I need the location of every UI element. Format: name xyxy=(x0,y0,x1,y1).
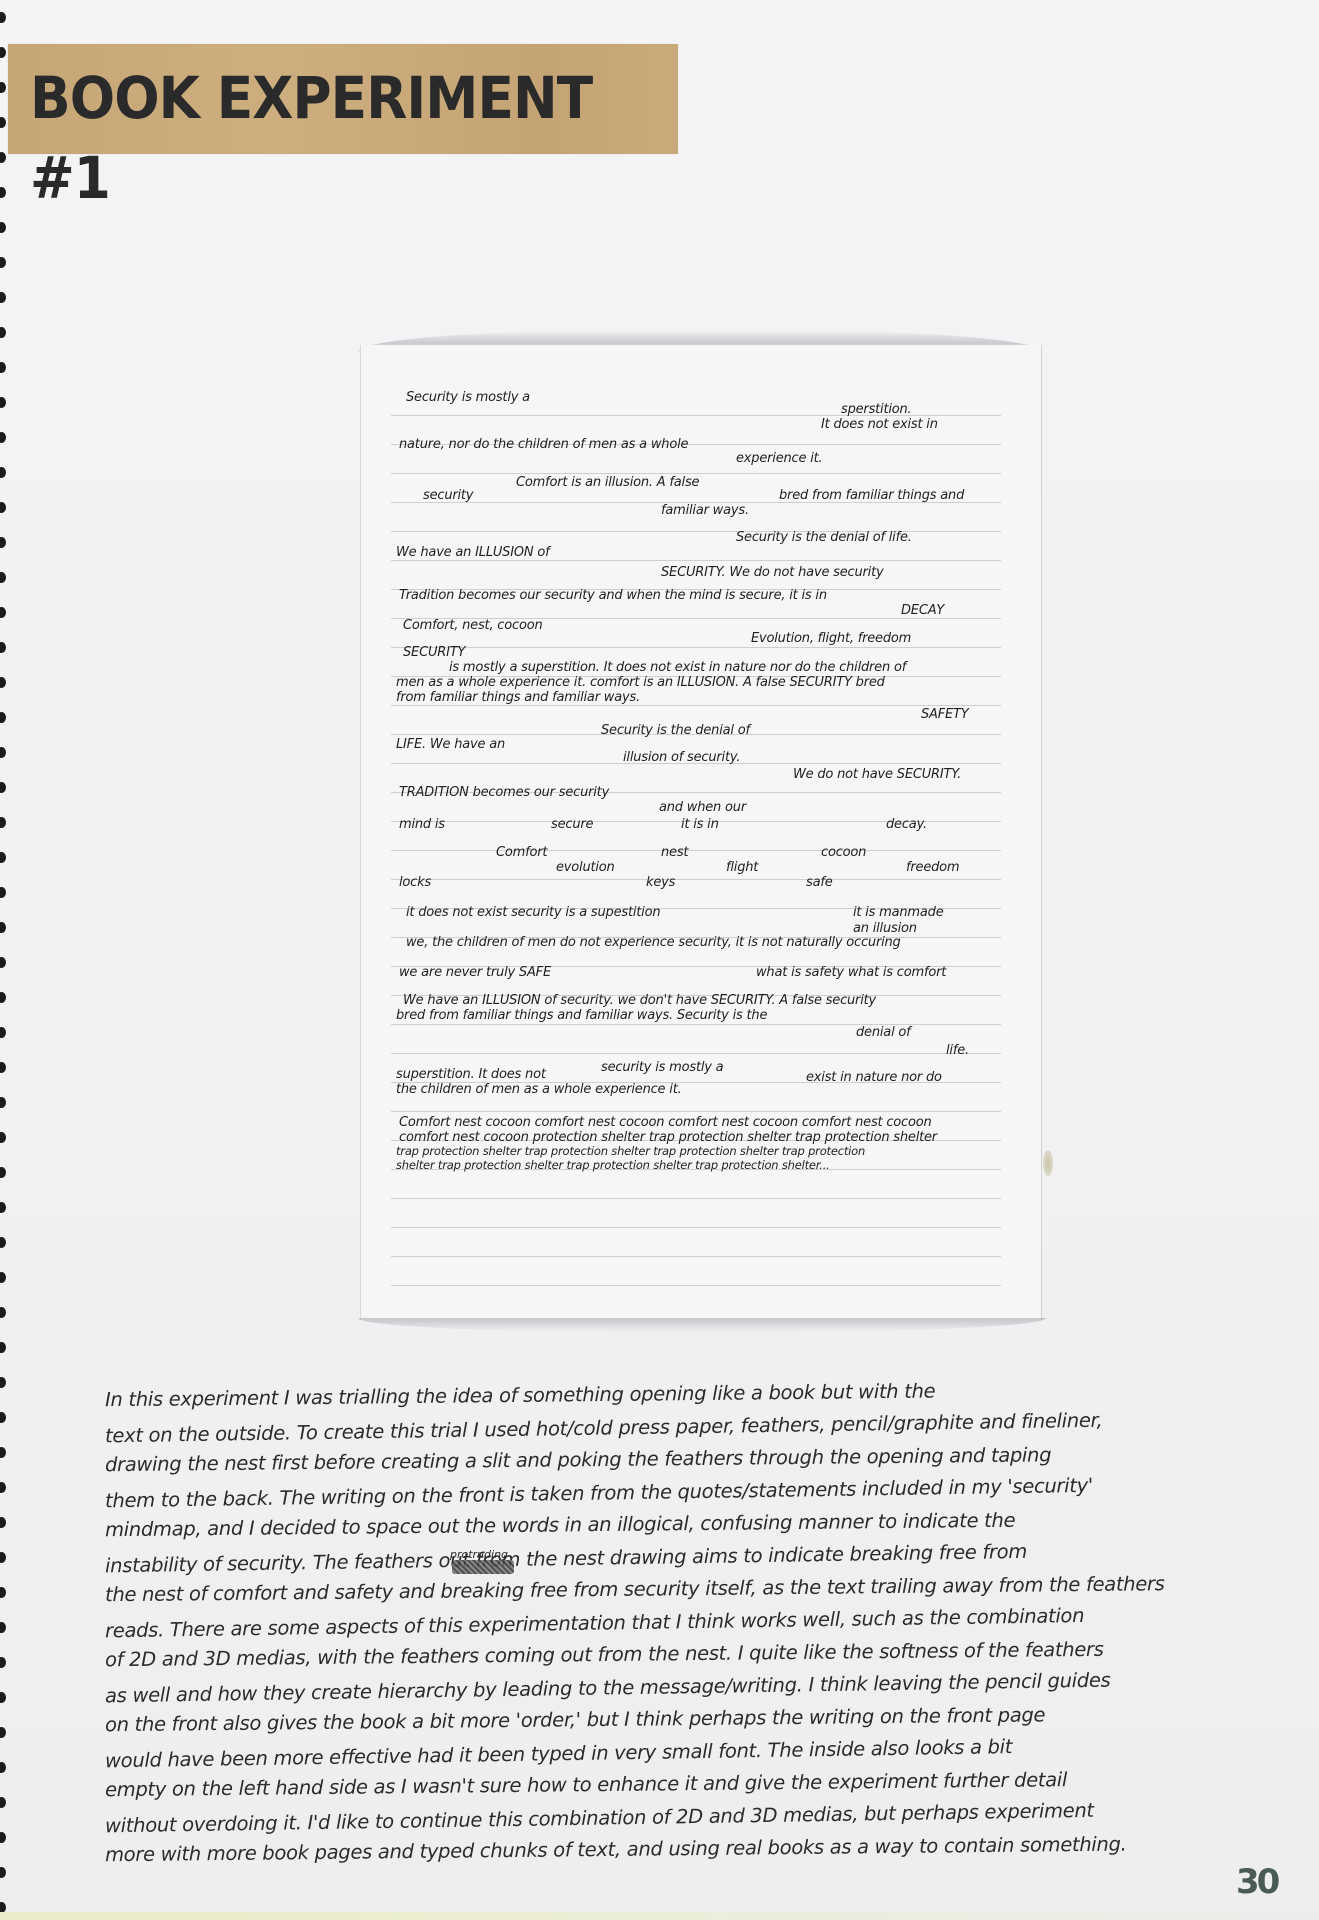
handwritten-line: Comfort is an illusion. A false xyxy=(516,475,699,490)
handwritten-line: SECURITY. We do not have security xyxy=(661,565,883,580)
binding-hole xyxy=(0,1797,6,1808)
binding-hole xyxy=(0,1132,6,1143)
binding-hole xyxy=(0,1552,6,1563)
page-title: BOOK EXPERIMENT #1 xyxy=(30,58,626,218)
binding-hole xyxy=(0,1062,6,1073)
binding-hole xyxy=(0,887,6,898)
handwritten-line: Security is mostly a xyxy=(406,390,530,405)
handwritten-line: it is in xyxy=(681,817,719,832)
binding-hole xyxy=(0,1237,6,1248)
crossed-out-word xyxy=(452,1560,514,1574)
binding-hole xyxy=(0,607,6,618)
handwritten-line: LIFE. We have an xyxy=(396,737,505,752)
handwritten-line: sperstition. xyxy=(841,402,911,417)
handwritten-line: denial of xyxy=(856,1025,911,1040)
binding-hole xyxy=(0,82,6,93)
binding-hole xyxy=(0,922,6,933)
handwritten-line: and when our xyxy=(659,800,746,815)
binding-hole xyxy=(0,467,6,478)
binding-hole xyxy=(0,852,6,863)
handwritten-line: an illusion xyxy=(853,921,917,936)
binding-hole xyxy=(0,1657,6,1668)
binding-hole xyxy=(0,1762,6,1773)
binding-hole xyxy=(0,152,6,163)
handwritten-line: DECAY xyxy=(901,603,944,618)
handwritten-line: we, the children of men do not experienc… xyxy=(406,935,901,950)
handwritten-line: Evolution, flight, freedom xyxy=(751,631,911,646)
binding-hole xyxy=(0,1342,6,1353)
handwritten-line: keys xyxy=(646,875,675,890)
binding-hole xyxy=(0,1097,6,1108)
binding-hole xyxy=(0,992,6,1003)
handwritten-line: shelter trap protection shelter trap pro… xyxy=(396,1158,830,1172)
binding-hole xyxy=(0,257,6,268)
binding-hole xyxy=(0,1202,6,1213)
handwritten-line: flight xyxy=(726,860,758,875)
handwritten-line: TRADITION becomes our security xyxy=(399,785,609,800)
binding-hole xyxy=(0,222,6,233)
binding-hole xyxy=(0,1692,6,1703)
binding-hole xyxy=(0,537,6,548)
handwritten-line: security is mostly a xyxy=(601,1060,723,1075)
handwritten-line: illusion of security. xyxy=(623,750,740,765)
binding-hole xyxy=(0,1447,6,1458)
handwritten-line: exist in nature nor do xyxy=(806,1070,942,1085)
binding-hole xyxy=(0,1027,6,1038)
binding-hole xyxy=(0,1377,6,1388)
binding-hole xyxy=(0,1167,6,1178)
page-bottom-edge xyxy=(0,1912,1319,1920)
handwritten-line: cocoon xyxy=(821,845,866,860)
handwritten-line: it is manmade xyxy=(853,905,944,920)
binding-hole xyxy=(0,292,6,303)
sketchbook-page: BOOK EXPERIMENT #1 Security is mostly as… xyxy=(0,0,1319,1920)
binding-hole xyxy=(0,1412,6,1423)
handwritten-line: Comfort xyxy=(496,845,547,860)
handwritten-line: from familiar things and familiar ways. xyxy=(396,690,640,705)
binding-hole xyxy=(0,12,6,23)
binding-hole xyxy=(0,782,6,793)
experiment-description: In this experiment I was trialling the i… xyxy=(105,1378,1295,1866)
sheet-curl-bottom xyxy=(358,1318,1046,1332)
handwritten-line: Tradition becomes our security and when … xyxy=(399,588,827,603)
handwritten-line: We have an ILLUSION of security. we don'… xyxy=(403,993,876,1008)
handwritten-line: what is safety what is comfort xyxy=(756,965,946,980)
handwritten-line: Comfort nest cocoon comfort nest cocoon … xyxy=(399,1115,932,1130)
handwritten-line: We do not have SECURITY. xyxy=(793,767,961,782)
handwritten-line: evolution xyxy=(556,860,615,875)
binding-hole xyxy=(0,1832,6,1843)
handwritten-line: life. xyxy=(946,1043,969,1058)
handwritten-line: Security is the denial of life. xyxy=(736,530,912,545)
handwritten-line: men as a whole experience it. comfort is… xyxy=(396,675,885,690)
handwritten-line: secure xyxy=(551,817,593,832)
binding-hole xyxy=(0,1622,6,1633)
binding-hole xyxy=(0,397,6,408)
handwritten-line: security xyxy=(423,488,473,503)
binding-hole xyxy=(0,1272,6,1283)
binding-hole xyxy=(0,747,6,758)
binding-hole xyxy=(0,1587,6,1598)
binding-hole xyxy=(0,432,6,443)
spiral-binding xyxy=(0,0,10,1920)
handwritten-line: freedom xyxy=(906,860,959,875)
handwritten-line: nature, nor do the children of men as a … xyxy=(399,437,688,452)
handwritten-line: SECURITY xyxy=(403,645,465,660)
binding-hole xyxy=(0,1482,6,1493)
handwritten-line: it does not exist security is a supestit… xyxy=(406,905,660,920)
handwritten-line: comfort nest cocoon protection shelter t… xyxy=(399,1130,937,1145)
binding-hole xyxy=(0,1867,6,1878)
handwritten-line: decay. xyxy=(886,817,927,832)
binding-hole xyxy=(0,1517,6,1528)
binding-hole xyxy=(0,362,6,373)
handwritten-line: safe xyxy=(806,875,833,890)
handwritten-line: familiar ways. xyxy=(661,503,749,518)
book-experiment-sheet: Security is mostly asperstition.It does … xyxy=(360,345,1042,1320)
binding-hole xyxy=(0,677,6,688)
binding-hole xyxy=(0,1727,6,1738)
handwritten-line: SAFETY xyxy=(921,707,969,722)
binding-hole xyxy=(0,642,6,653)
handwritten-line: We have an ILLUSION of xyxy=(396,545,550,560)
binding-hole xyxy=(0,327,6,338)
binding-hole xyxy=(0,957,6,968)
binding-hole xyxy=(0,712,6,723)
binding-hole xyxy=(0,47,6,58)
handwritten-line: locks xyxy=(399,875,431,890)
binding-hole xyxy=(0,572,6,583)
binding-hole xyxy=(0,817,6,828)
handwritten-line: we are never truly SAFE xyxy=(399,965,551,980)
handwritten-line: the children of men as a whole experienc… xyxy=(396,1082,682,1097)
handwritten-line: is mostly a superstition. It does not ex… xyxy=(449,660,906,675)
handwritten-line: bred from familiar things and xyxy=(779,488,964,503)
handwritten-line: experience it. xyxy=(736,451,822,466)
binding-hole xyxy=(0,1307,6,1318)
handwritten-line: trap protection shelter trap protection … xyxy=(396,1144,865,1158)
handwritten-line: mind is xyxy=(399,817,445,832)
handwritten-line: nest xyxy=(661,845,688,860)
handwritten-line: It does not exist in xyxy=(821,417,938,432)
handwritten-line: superstition. It does not xyxy=(396,1067,546,1082)
handwritten-line: Security is the denial of xyxy=(601,723,750,738)
title-tape-label: BOOK EXPERIMENT #1 xyxy=(8,44,678,154)
handwritten-line: bred from familiar things and familiar w… xyxy=(396,1008,767,1023)
binding-hole xyxy=(0,502,6,513)
binding-hole xyxy=(0,187,6,198)
binding-hole xyxy=(0,117,6,128)
feather-tip-icon xyxy=(1043,1150,1053,1176)
handwritten-line: Comfort, nest, cocoon xyxy=(403,618,543,633)
page-number: 30 xyxy=(1236,1862,1277,1902)
